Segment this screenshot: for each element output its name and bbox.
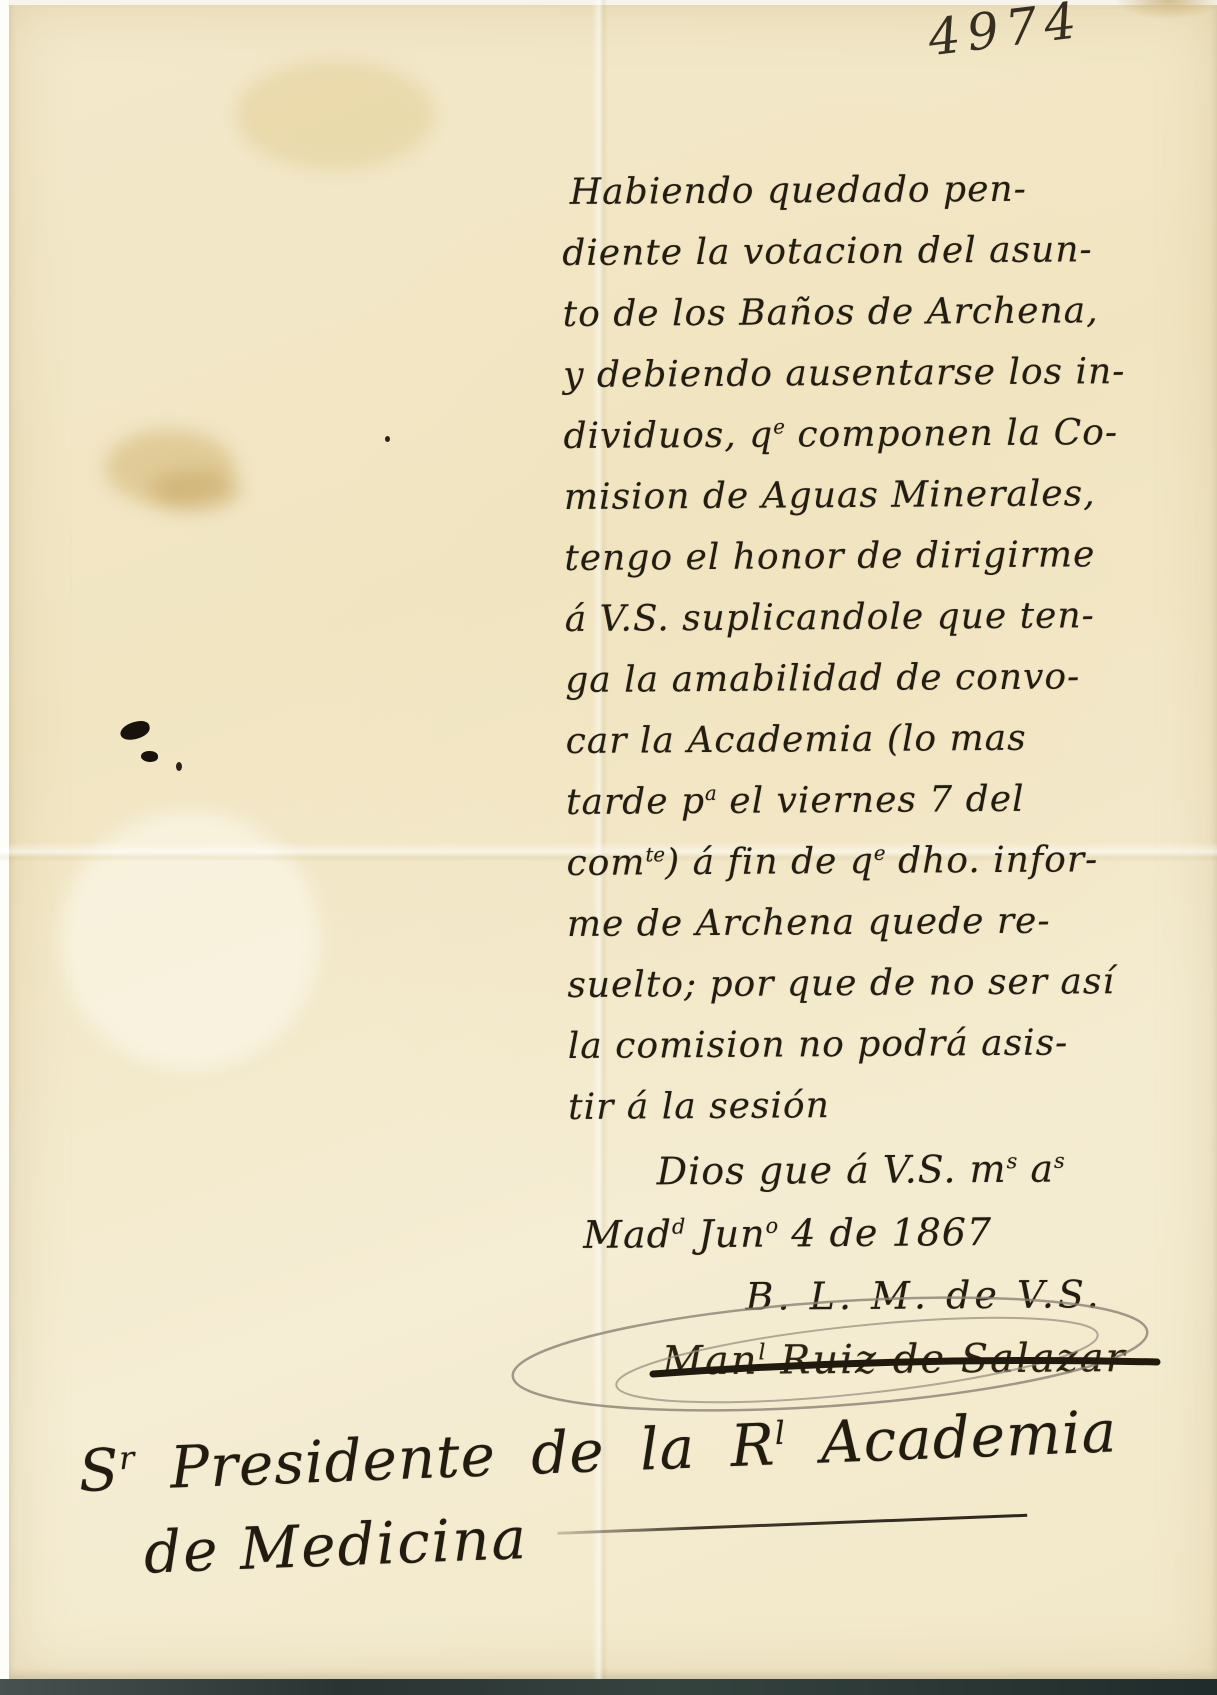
body-line: á V.S. suplicandole que ten- — [565, 595, 1131, 660]
paper-stain — [150, 470, 240, 510]
paper-stain — [235, 60, 435, 170]
body-line: me de Archena quede re- — [567, 900, 1133, 965]
trailing-flourish-line — [558, 1514, 1028, 1535]
ink-speck — [176, 762, 182, 771]
body-line: Habiendo quedado pen- — [562, 168, 1128, 233]
body-line: diente la votacion del asun- — [562, 229, 1128, 294]
scanner-bed-edge — [0, 1679, 1217, 1695]
ink-speck — [385, 436, 390, 442]
body-line: car la Academia (lo mas — [566, 717, 1132, 782]
body-line: suelto; por que de no ser así — [567, 961, 1133, 1026]
body-line: comte) á fin de qe dho. infor- — [566, 839, 1132, 904]
scan-edge-left — [0, 0, 9, 1679]
body-line: to de los Baños de Archena, — [563, 290, 1129, 355]
body-line: dividuos, qe componen la Co- — [563, 412, 1129, 477]
body-line: y debiendo ausentarse los in- — [563, 351, 1129, 416]
body-line: tir á la sesión — [568, 1083, 1134, 1148]
scanned-letter-page: 4974 Habiendo quedado pen- diente la vot… — [0, 0, 1217, 1695]
valediction-line: Dios gue á V.S. ms as — [569, 1146, 1135, 1213]
letter-body: Habiendo quedado pen- diente la votacion… — [562, 168, 1137, 1409]
body-line: mision de Aguas Minerales, — [564, 473, 1130, 538]
body-line: la comision no podrá asis- — [568, 1022, 1134, 1087]
dateline: Madd Juno 4 de 1867 — [569, 1209, 1135, 1276]
signature-rubric-flourish — [505, 1272, 1165, 1442]
paper-corner-stain — [1097, 0, 1217, 26]
body-line: tarde pa el viernes 7 del — [566, 778, 1132, 843]
ink-blot — [141, 751, 158, 762]
body-line: tengo el honor de dirigirme — [564, 534, 1130, 599]
body-line: ga la amabilidad de convo- — [565, 656, 1131, 721]
